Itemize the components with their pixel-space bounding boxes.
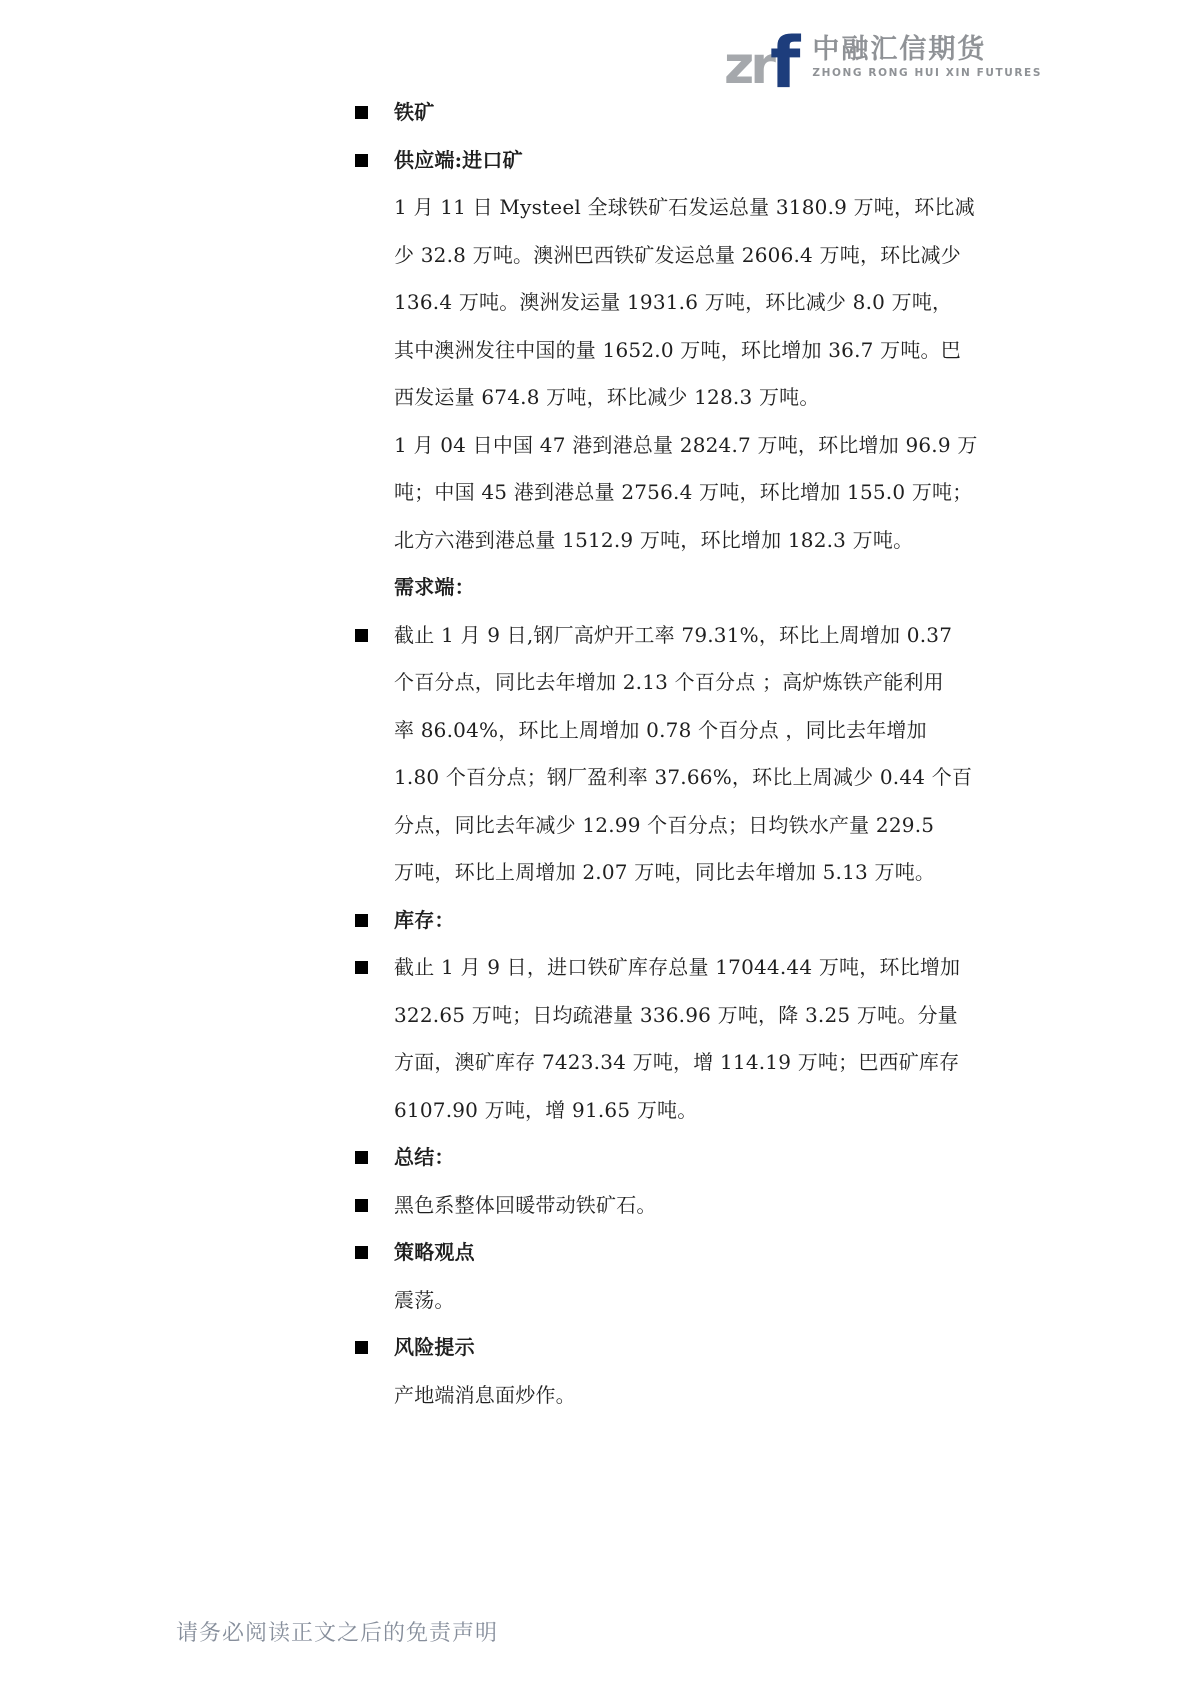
text-line: 产地端消息面炒作。 — [394, 1372, 955, 1420]
item-lines: 黑色系整体回暖带动铁矿石。 — [394, 1182, 955, 1230]
report-body: 铁矿供应端:进口矿1 月 11 日 Mysteel 全球铁矿石发运总量 3180… — [355, 89, 955, 1419]
item-lines: 库存： — [394, 897, 955, 945]
bullet-square-icon — [355, 154, 368, 167]
list-item: 震荡。 — [355, 1277, 955, 1325]
bullet-cell — [355, 1229, 394, 1259]
list-item: 1 月 04 日中国 47 港到港总量 2824.7 万吨，环比增加 96.9 … — [355, 422, 955, 565]
list-item: 供应端:进口矿 — [355, 137, 955, 185]
text-line: 吨；中国 45 港到港总量 2756.4 万吨，环比增加 155.0 万吨； — [394, 469, 955, 517]
bullet-square-icon — [355, 629, 368, 642]
text-line: 西发运量 674.8 万吨，环比减少 128.3 万吨。 — [394, 374, 955, 422]
bullet-square-icon — [355, 1246, 368, 1259]
text-line: 北方六港到港总量 1512.9 万吨，环比增加 182.3 万吨。 — [394, 517, 955, 565]
bullet-square-icon — [355, 914, 368, 927]
text-line: 分点，同比去年减少 12.99 个百分点；日均铁水产量 229.5 — [394, 802, 955, 850]
list-item: 铁矿 — [355, 89, 955, 137]
text-line: 库存： — [394, 897, 955, 945]
text-line: 1 月 04 日中国 47 港到港总量 2824.7 万吨，环比增加 96.9 … — [394, 422, 955, 470]
list-item: 黑色系整体回暖带动铁矿石。 — [355, 1182, 955, 1230]
list-item: 策略观点 — [355, 1229, 955, 1277]
bullet-cell — [355, 137, 394, 167]
bullet-cell — [355, 1182, 394, 1212]
company-name-cn: 中融汇信期货 — [812, 35, 1042, 65]
footer-disclaimer: 请务必阅读正文之后的免责声明 — [176, 1616, 498, 1647]
item-lines: 产地端消息面炒作。 — [394, 1372, 955, 1420]
item-lines: 截止 1 月 9 日，进口铁矿库存总量 17044.44 万吨，环比增加322.… — [394, 944, 955, 1134]
bullet-cell — [355, 89, 394, 119]
text-line: 其中澳洲发往中国的量 1652.0 万吨，环比增加 36.7 万吨。巴 — [394, 327, 955, 375]
bullet-square-icon — [355, 1151, 368, 1164]
item-lines: 需求端： — [394, 564, 955, 612]
text-line: 供应端:进口矿 — [394, 137, 955, 185]
text-line: 总结： — [394, 1134, 955, 1182]
text-line: 截止 1 月 9 日，进口铁矿库存总量 17044.44 万吨，环比增加 — [394, 944, 955, 992]
text-line: 铁矿 — [394, 89, 955, 137]
zrf-logo-mark: zr f — [724, 22, 800, 92]
text-line: 1.80 个百分点；钢厂盈利率 37.66%，环比上周减少 0.44 个百 — [394, 754, 955, 802]
text-line: 322.65 万吨；日均疏港量 336.96 万吨，降 3.25 万吨。分量 — [394, 992, 955, 1040]
company-name-en: ZHONG RONG HUI XIN FUTURES — [812, 67, 1042, 79]
company-logo: zr f 中融汇信期货 ZHONG RONG HUI XIN FUTURES — [724, 22, 1042, 92]
list-item: 产地端消息面炒作。 — [355, 1372, 955, 1420]
text-line: 风险提示 — [394, 1324, 955, 1372]
bullet-cell — [355, 944, 394, 974]
item-lines: 总结： — [394, 1134, 955, 1182]
logo-letters-zr: zr — [724, 40, 772, 92]
bullet-cell — [355, 897, 394, 927]
list-item: 风险提示 — [355, 1324, 955, 1372]
item-lines: 策略观点 — [394, 1229, 955, 1277]
text-line: 个百分点，同比去年增加 2.13 个百分点 ；高炉炼铁产能利用 — [394, 659, 955, 707]
logo-letter-f: f — [770, 28, 800, 98]
item-lines: 截止 1 月 9 日,钢厂高炉开工率 79.31%，环比上周增加 0.37个百分… — [394, 612, 955, 897]
text-line: 震荡。 — [394, 1277, 955, 1325]
text-line: 1 月 11 日 Mysteel 全球铁矿石发运总量 3180.9 万吨，环比减 — [394, 184, 955, 232]
text-line: 万吨，环比上周增加 2.07 万吨，同比去年增加 5.13 万吨。 — [394, 849, 955, 897]
item-lines: 铁矿 — [394, 89, 955, 137]
bullet-square-icon — [355, 1199, 368, 1212]
item-lines: 1 月 11 日 Mysteel 全球铁矿石发运总量 3180.9 万吨，环比减… — [394, 184, 955, 422]
text-line: 6107.90 万吨，增 91.65 万吨。 — [394, 1087, 955, 1135]
list-item: 截止 1 月 9 日，进口铁矿库存总量 17044.44 万吨，环比增加322.… — [355, 944, 955, 1134]
text-line: 截止 1 月 9 日,钢厂高炉开工率 79.31%，环比上周增加 0.37 — [394, 612, 955, 660]
list-item: 截止 1 月 9 日,钢厂高炉开工率 79.31%，环比上周增加 0.37个百分… — [355, 612, 955, 897]
list-item: 总结： — [355, 1134, 955, 1182]
item-lines: 风险提示 — [394, 1324, 955, 1372]
bullet-cell — [355, 1134, 394, 1164]
bullet-square-icon — [355, 961, 368, 974]
item-lines: 1 月 04 日中国 47 港到港总量 2824.7 万吨，环比增加 96.9 … — [394, 422, 955, 565]
bullet-square-icon — [355, 1341, 368, 1354]
text-line: 少 32.8 万吨。澳洲巴西铁矿发运总量 2606.4 万吨，环比减少 — [394, 232, 955, 280]
text-line: 需求端： — [394, 564, 955, 612]
logo-text: 中融汇信期货 ZHONG RONG HUI XIN FUTURES — [812, 35, 1042, 80]
text-line: 方面，澳矿库存 7423.34 万吨，增 114.19 万吨；巴西矿库存 — [394, 1039, 955, 1087]
bullet-square-icon — [355, 106, 368, 119]
text-line: 策略观点 — [394, 1229, 955, 1277]
text-line: 黑色系整体回暖带动铁矿石。 — [394, 1182, 955, 1230]
bullet-cell — [355, 612, 394, 642]
list-item: 库存： — [355, 897, 955, 945]
text-line: 率 86.04%，环比上周增加 0.78 个百分点 ，同比去年增加 — [394, 707, 955, 755]
list-item: 需求端： — [355, 564, 955, 612]
list-item: 1 月 11 日 Mysteel 全球铁矿石发运总量 3180.9 万吨，环比减… — [355, 184, 955, 422]
text-line: 136.4 万吨。澳洲发运量 1931.6 万吨，环比减少 8.0 万吨， — [394, 279, 955, 327]
item-lines: 震荡。 — [394, 1277, 955, 1325]
report-page: zr f 中融汇信期货 ZHONG RONG HUI XIN FUTURES 铁… — [0, 0, 1190, 1683]
item-lines: 供应端:进口矿 — [394, 137, 955, 185]
bullet-cell — [355, 1324, 394, 1354]
